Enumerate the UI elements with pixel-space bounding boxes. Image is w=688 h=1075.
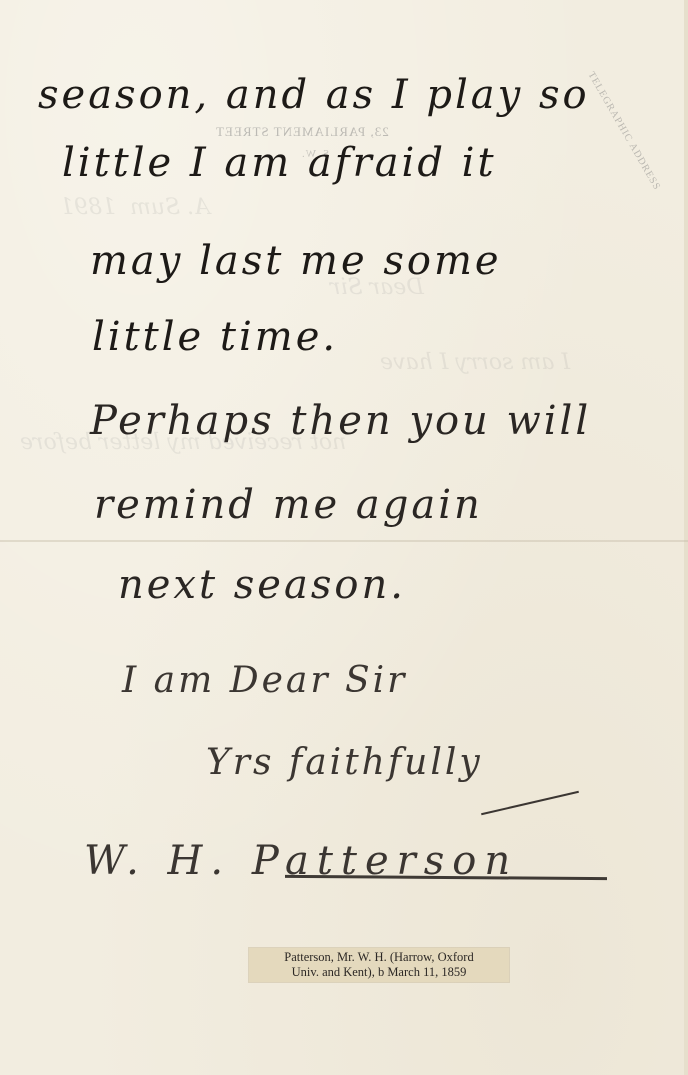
signature-flourish [481,791,579,815]
letter-valediction: Yrs faithfully [206,742,483,783]
catalogue-label: Patterson, Mr. W. H. (Harrow, Oxford Uni… [249,948,509,982]
show-through-text: I am sorry I have [380,350,570,375]
letter-line: little I am afraid it [62,140,497,186]
letter-line: next season. [118,562,406,608]
letter-line: remind me again [94,482,483,528]
letter-line: Perhaps then you will [90,398,591,444]
letter-line: season, and as I play so [38,72,590,118]
label-line-2: Univ. and Kent), b March 11, 1859 [255,965,503,980]
letter-closing: I am Dear Sir [122,660,407,701]
letter-line: little time. [92,314,338,360]
letterhead-address-stamp: 23, PARLIAMENT STREET [215,124,389,140]
label-line-1: Patterson, Mr. W. H. (Harrow, Oxford [255,950,503,965]
fold-crease [0,540,688,542]
paper-edge [684,0,688,1075]
letter-page: A. Sum 1891 Dear Sir I am sorry I have n… [0,0,688,1075]
letter-line: may last me some [90,238,502,284]
show-through-text: A. Sum 1891 [60,195,210,220]
telegraphic-stamp: TELEGRAPHIC ADDRESS [585,70,662,192]
